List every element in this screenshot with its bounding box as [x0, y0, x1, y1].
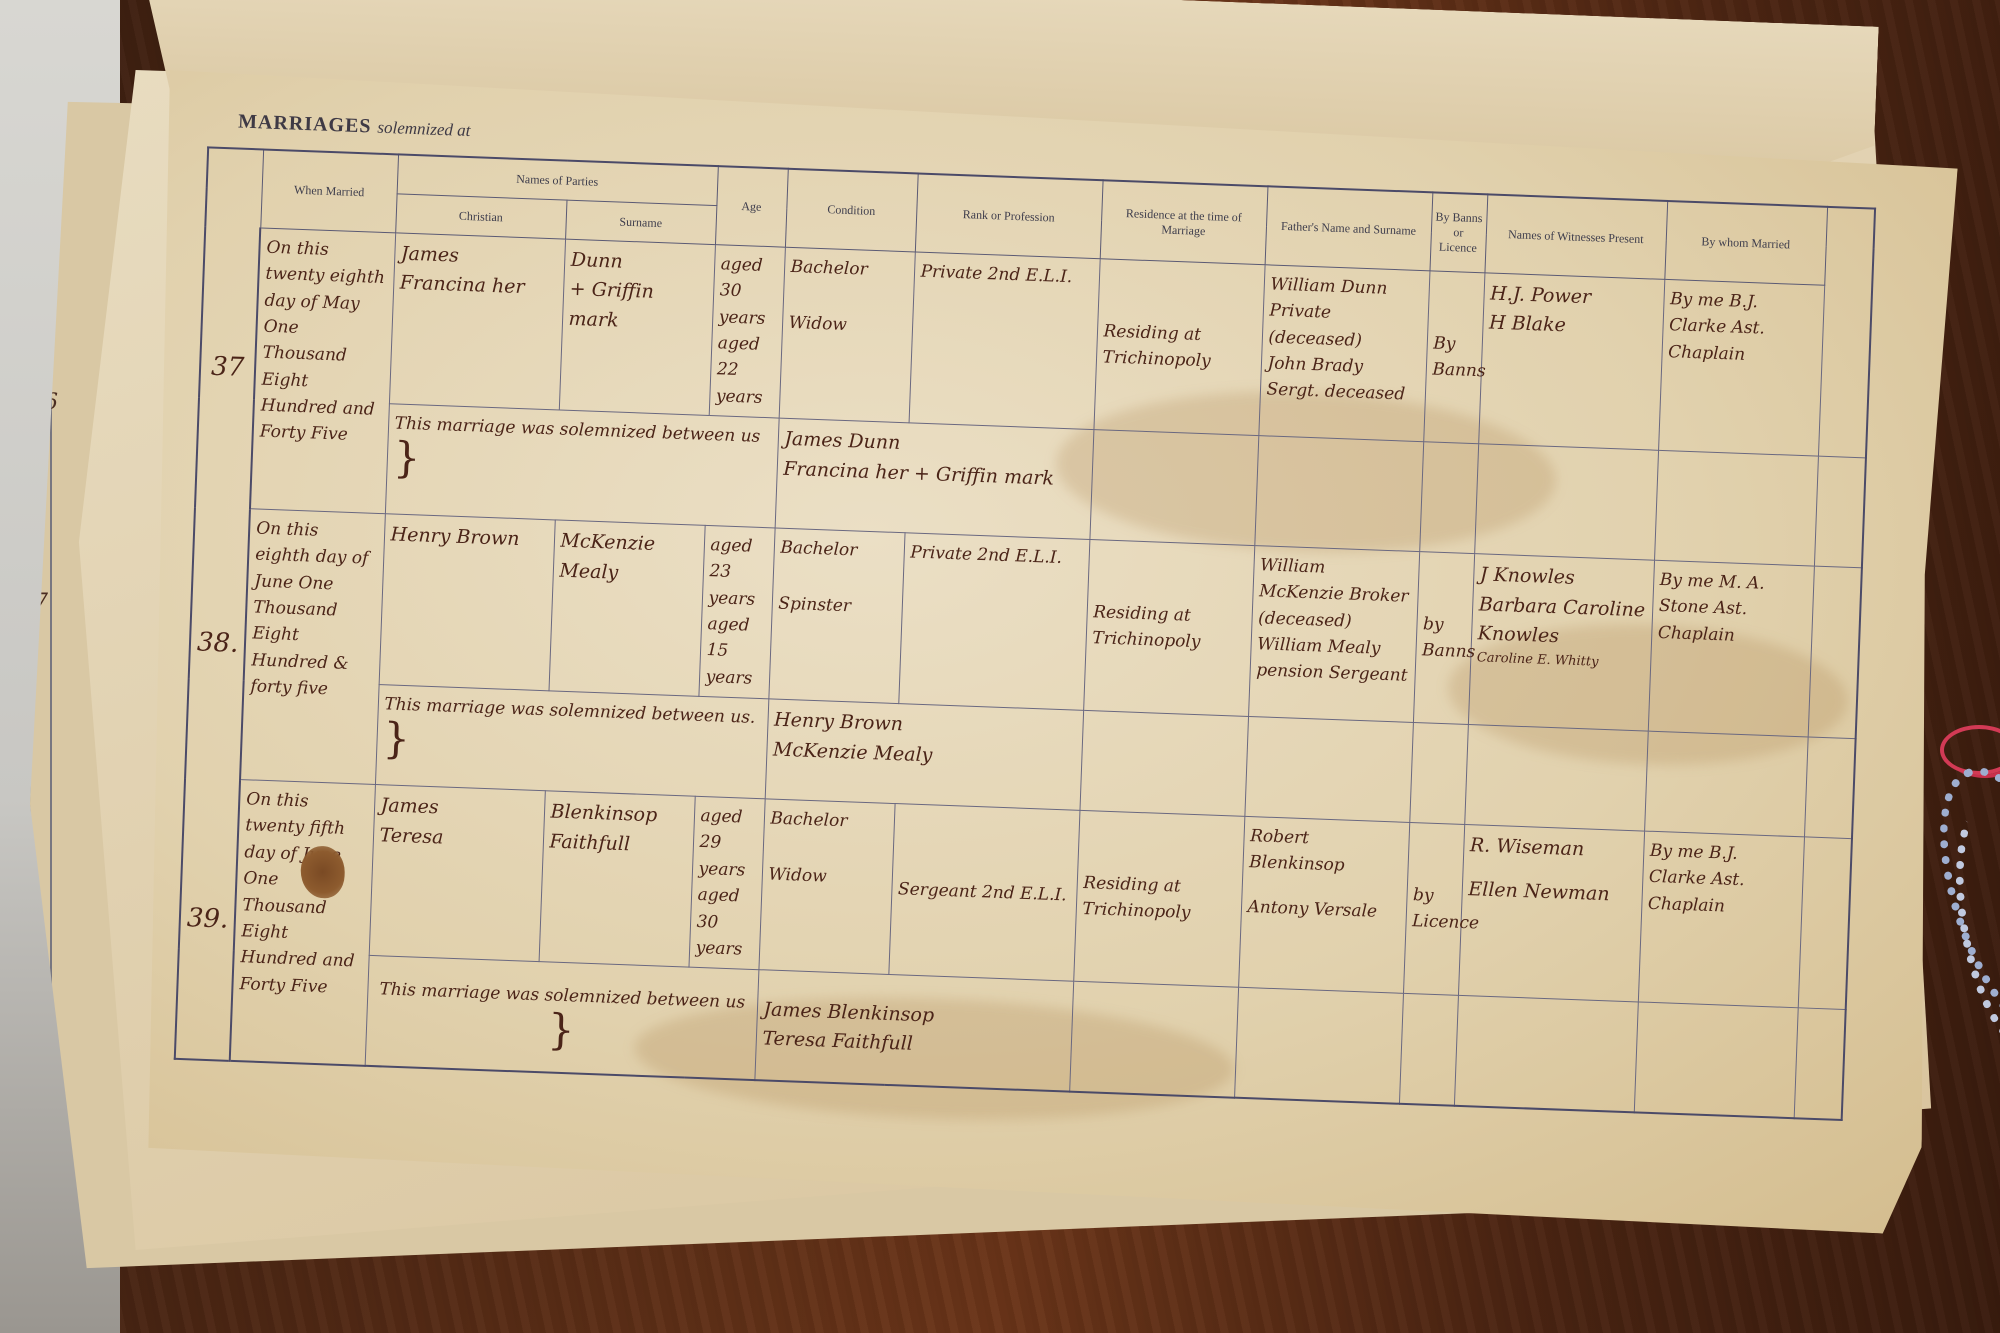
- witnesses: R. Wiseman Ellen Newman: [1458, 825, 1644, 1003]
- christian-names: James Francina her: [389, 233, 565, 410]
- entry-number: 38.: [185, 507, 250, 780]
- bride-christian: Francina her: [399, 269, 557, 304]
- col-banns: By Banns or Licence: [1430, 192, 1488, 272]
- bride-condition: Spinster: [778, 591, 896, 622]
- christian-names: James Teresa: [369, 785, 545, 962]
- surnames: Blenkinsop Faithfull: [539, 791, 695, 967]
- col-rank: Rank or Profession: [915, 173, 1103, 258]
- title-solemnized: solemnized at: [377, 118, 471, 140]
- banns-licence: by Licence: [1403, 823, 1464, 996]
- groom-age: aged 30 years: [718, 251, 778, 332]
- ages: aged 29 years aged 30 years: [688, 796, 764, 970]
- col-witnesses: Names of Witnesses Present: [1484, 194, 1667, 279]
- witness: H Blake: [1489, 309, 1657, 345]
- residence: Residing at Trichinopoly: [1093, 259, 1264, 436]
- officiant: By me M. A. Stone Ast. Chaplain: [1648, 560, 1814, 737]
- bride-age: aged 30 years: [695, 882, 755, 963]
- residence: Residing at Trichinopoly: [1083, 540, 1254, 717]
- witness: Ellen Newman: [1468, 875, 1636, 911]
- groom-father: Robert Blenkinsop: [1249, 823, 1403, 881]
- brace-glyph: }: [382, 714, 411, 764]
- conditions: Bachelor Widow: [758, 799, 894, 975]
- bride-father: Antony Versale: [1247, 894, 1400, 926]
- signatures: James Blenkinsop Teresa Faithfull: [754, 970, 1073, 1091]
- officiant: By me B.J. Clarke Ast. Chaplain: [1638, 831, 1804, 1008]
- witnesses: H.J. Power H Blake: [1478, 273, 1664, 451]
- rank: Private 2nd E.L.I.: [898, 533, 1089, 711]
- bride-christian: Teresa: [379, 821, 537, 856]
- col-when-married: When Married: [260, 149, 398, 232]
- groom-father: William Dunn Private (deceased): [1268, 271, 1423, 356]
- register-title: MARRIAGES solemnized at: [238, 111, 471, 143]
- fathers: Robert Blenkinsop Antony Versale: [1238, 816, 1409, 993]
- bride-age: aged 22 years: [715, 330, 775, 411]
- groom-age: aged 23 years: [708, 532, 768, 613]
- solemnized-statement: This marriage was solemnized between us …: [385, 404, 779, 528]
- witness: R. Wiseman: [1469, 831, 1637, 867]
- bride-surname: Mealy: [559, 556, 697, 590]
- surnames: Dunn + Griffin mark: [559, 239, 715, 415]
- signatures: James Dunn Francina her + Griffin mark: [775, 418, 1094, 539]
- rank: Sergeant 2nd E.L.I.: [888, 804, 1079, 982]
- entry-number: 37: [195, 226, 260, 509]
- when-married: On this twenty fifth day of June One Tho…: [230, 780, 375, 1066]
- solemnized-statement: This marriage was solemnized between us …: [365, 956, 759, 1080]
- col-father: Father's Name and Surname: [1265, 186, 1433, 270]
- col-age: Age: [715, 166, 788, 247]
- groom-condition: Bachelor: [780, 535, 898, 566]
- marriage-register-page: MARRIAGES solemnized at When Married Nam…: [130, 70, 1959, 1235]
- brace-glyph: }: [547, 1004, 576, 1054]
- witness: Barbara Caroline Knowles: [1477, 590, 1646, 655]
- signatures: Henry Brown McKenzie Mealy: [765, 699, 1083, 810]
- col-residence: Residence at the time of Marriage: [1100, 180, 1268, 264]
- bride-father: John Brady Sergt. deceased: [1266, 350, 1420, 408]
- bride-surname: + Griffin mark: [568, 275, 707, 339]
- conditions: Bachelor Widow: [779, 247, 915, 423]
- entry-number: 39.: [175, 778, 240, 1061]
- groom-surname: Blenkinsop: [550, 798, 688, 832]
- col-surname: Surname: [565, 200, 716, 244]
- solemnized-statement: This marriage was solemnized between us.…: [375, 685, 768, 799]
- rank: Private 2nd E.L.I.: [909, 252, 1100, 430]
- witnesses: J Knowles Barbara Caroline Knowles Carol…: [1468, 554, 1654, 732]
- col-by-whom: By whom Married: [1664, 201, 1827, 285]
- groom-age: aged 29 years: [698, 803, 758, 884]
- bride-age: aged 15 years: [705, 611, 765, 692]
- col-condition: Condition: [785, 169, 918, 252]
- col-christian: Christian: [395, 194, 566, 239]
- groom-condition: Bachelor: [790, 254, 908, 285]
- residence: Residing at Trichinopoly: [1073, 810, 1244, 987]
- marriage-register-table: When Married Names of Parties Age Condit…: [174, 146, 1876, 1120]
- fathers: William Dunn Private (deceased) John Bra…: [1258, 265, 1429, 442]
- brace-glyph: }: [393, 433, 422, 483]
- ages: aged 30 years aged 22 years: [709, 245, 785, 419]
- groom-surname: McKenzie: [560, 527, 698, 561]
- bride-condition: Widow: [788, 310, 906, 341]
- title-marriages: MARRIAGES: [238, 111, 372, 138]
- surnames: McKenzie Mealy: [549, 520, 705, 696]
- groom-christian: Henry Brown: [390, 520, 548, 555]
- groom-father: William McKenzie Broker (deceased): [1258, 552, 1413, 637]
- conditions: Bachelor Spinster: [768, 528, 904, 704]
- groom-condition: Bachelor: [770, 806, 888, 837]
- fathers: William McKenzie Broker (deceased) Willi…: [1248, 546, 1419, 723]
- officiant: By me B.J. Clarke Ast. Chaplain: [1658, 279, 1824, 456]
- bride-condition: Widow: [768, 862, 886, 893]
- banns-licence: By Banns: [1423, 271, 1484, 444]
- ages: aged 23 years aged 15 years: [698, 525, 774, 699]
- bride-surname: Faithfull: [549, 827, 687, 861]
- when-married: On this eighth day of June One Thousand …: [240, 509, 385, 785]
- christian-names: Henry Brown: [379, 514, 555, 691]
- banns-licence: by Banns: [1413, 552, 1474, 725]
- bride-father: William Mealy pension Sergeant: [1256, 631, 1410, 689]
- when-married: On this twenty eighth day of May One Tho…: [250, 228, 395, 514]
